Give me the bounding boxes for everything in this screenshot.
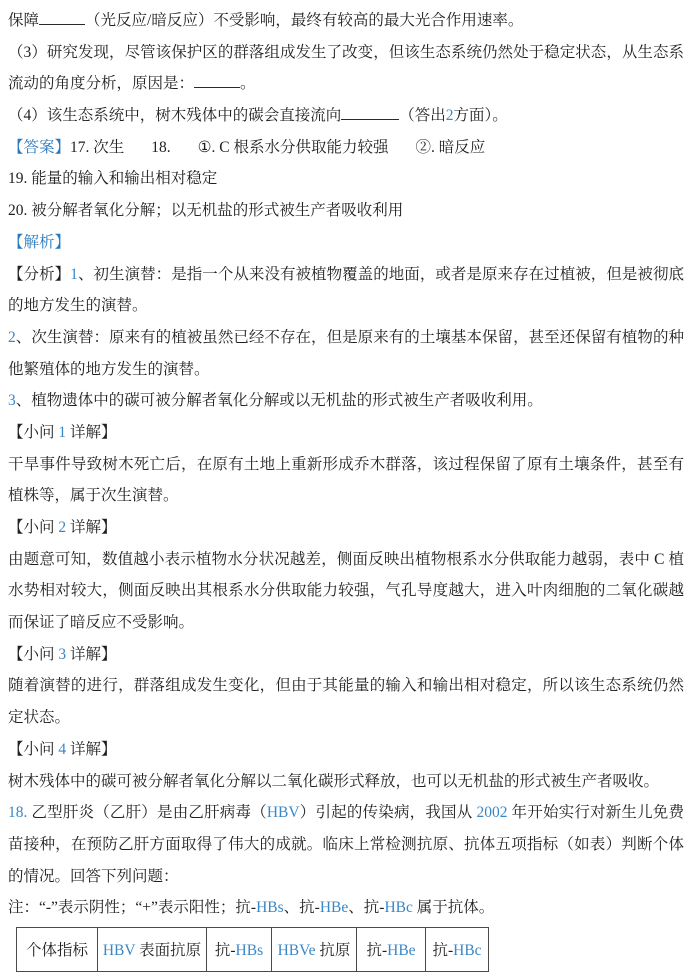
text-line: 而保证了暗反应不受影响。 bbox=[8, 607, 684, 639]
accent-text: 3 bbox=[55, 646, 71, 663]
accent-text: 2 bbox=[8, 329, 16, 346]
text-line: 水势相对较大，侧面反映出其根系水分供取能力较强，气孔导度越大，进入叶肉细胞的二氧… bbox=[8, 575, 684, 607]
text-line: 20. 被分解者氧化分解；以无机盐的形式被生产者吸收利用 bbox=[8, 195, 684, 227]
text-line: 的地方发生的演替。 bbox=[8, 290, 684, 322]
accent-text: HBs bbox=[256, 899, 284, 916]
text-line: 2、次生演替：原来有的植被虽然已经不存在，但是原来有的土壤基本保留，甚至还保留有… bbox=[8, 322, 684, 354]
text-segment: 流动的角度分析，原因是： bbox=[8, 75, 194, 92]
text-line: 他繁殖体的地方发生的演替。 bbox=[8, 354, 684, 386]
text-segment: 【小问 bbox=[8, 424, 55, 441]
text-line: 定状态。 bbox=[8, 702, 684, 734]
text-segment: 表面抗原 bbox=[135, 942, 201, 959]
text-segment: 个体指标 bbox=[26, 942, 88, 959]
text-segment: 水势相对较大，侧面反映出其根系水分供取能力较强，气孔导度越大，进入叶肉细胞的二氧… bbox=[8, 582, 684, 607]
text-segment: 的情况。回答下列问题： bbox=[8, 868, 179, 885]
text-segment: 详解】 bbox=[70, 741, 117, 758]
accent-text: 1 bbox=[55, 424, 71, 441]
answer-label: 【解析】 bbox=[8, 234, 70, 251]
answer-label: 【答案】 bbox=[8, 139, 70, 156]
text-segment: 干旱事件导致树木死亡后，在原有土地上重新形成乔木群落，该过程保留了原有土壤条件，… bbox=[8, 456, 684, 481]
text-line: 随着演替的进行，群落组成发生变化，但由于其能量的输入和输出相对稳定，所以该生态系… bbox=[8, 670, 684, 702]
table-header-cell: 抗-HBs bbox=[207, 927, 272, 971]
text-line: 的情况。回答下列问题： bbox=[8, 861, 684, 893]
text-segment: 、初生演替：是指一个从来没有被植物覆盖的地面，或者是原来存在过植被，但是被彻底消… bbox=[8, 266, 684, 291]
text-line: 18. 乙型肝炎（乙肝）是由乙肝病毒（HBV）引起的传染病，我国从 2002 年… bbox=[8, 797, 684, 829]
text-line: 【答案】17. 次生18.①. C 根系水分供取能力较强②. 暗反应 bbox=[8, 132, 684, 164]
text-segment: 、抗- bbox=[284, 899, 320, 916]
text-segment: 抗原 bbox=[316, 942, 351, 959]
blank-underline bbox=[39, 11, 85, 25]
blank-underline bbox=[194, 74, 240, 88]
text-line: 流动的角度分析，原因是：。 bbox=[8, 68, 684, 100]
text-line: 由题意可知，数值越小表示植物水分状况越差，侧面反映出植物根系水分供取能力越弱，表… bbox=[8, 544, 684, 576]
text-segment: ①. C 根系水分供取能力较强 bbox=[198, 139, 389, 156]
text-segment: 【小问 bbox=[8, 741, 55, 758]
blank-underline bbox=[341, 106, 399, 120]
text-line: （3）研究发现，尽管该保护区的群落组成发生了改变，但该生态系统仍然处于稳定状态，… bbox=[8, 37, 684, 69]
text-line: 【小问 3 详解】 bbox=[8, 639, 684, 671]
text-segment: 详解】 bbox=[70, 646, 117, 663]
text-line: 19. 能量的输入和输出相对稳定 bbox=[8, 163, 684, 195]
table-header-cell: 抗-HBc bbox=[426, 927, 489, 971]
text-segment: 保障 bbox=[8, 12, 39, 29]
exam-answer-document: 保障（光反应/暗反应）不受影响，最终有较高的最大光合作用速率。（3）研究发现，尽… bbox=[0, 0, 692, 972]
table-header-cell: 个体指标 bbox=[17, 927, 98, 971]
text-segment: 他繁殖体的地方发生的演替。 bbox=[8, 361, 210, 378]
text-line: 植株等，属于次生演替。 bbox=[8, 480, 684, 512]
accent-text: 2 bbox=[55, 519, 71, 536]
accent-text: HBc bbox=[384, 899, 412, 916]
text-segment: ②. 暗反应 bbox=[416, 139, 486, 156]
text-segment: 随着演替的进行，群落组成发生变化，但由于其能量的输入和输出相对稳定，所以该生态系… bbox=[8, 677, 684, 702]
text-line: 【解析】 bbox=[8, 227, 684, 259]
text-segment: 定状态。 bbox=[8, 709, 70, 726]
text-line: 注：“-”表示阴性；“+”表示阳性；抗-HBs、抗-HBe、抗-HBc 属于抗体… bbox=[8, 892, 684, 924]
table-header-cell: 抗-HBe bbox=[357, 927, 426, 971]
table-header-row: 个体指标HBV 表面抗原抗-HBsHBVe 抗原抗-HBe抗-HBc bbox=[17, 927, 489, 971]
text-line: 保障（光反应/暗反应）不受影响，最终有较高的最大光合作用速率。 bbox=[8, 5, 684, 37]
text-segment: 注：“-”表示阴性；“+”表示阳性；抗- bbox=[8, 899, 256, 916]
accent-text: 1 bbox=[70, 266, 78, 283]
text-segment: （4）该生态系统中，树木残体中的碳会直接流向 bbox=[8, 107, 341, 124]
text-segment: 抗- bbox=[215, 942, 236, 959]
text-line: 【小问 2 详解】 bbox=[8, 512, 684, 544]
text-segment: 树木残体中的碳可被分解者氧化分解以二氧化碳形式释放，也可以无机盐的形式被生产者吸… bbox=[8, 773, 659, 790]
text-segment: 【分析】 bbox=[8, 266, 70, 283]
document-body: 保障（光反应/暗反应）不受影响，最终有较高的最大光合作用速率。（3）研究发现，尽… bbox=[8, 5, 684, 924]
accent-text: HBV bbox=[267, 804, 300, 821]
text-segment: 、次生演替：原来有的植被虽然已经不存在，但是原来有的土壤基本保留，甚至还保留有植… bbox=[8, 329, 684, 354]
accent-text: 2 bbox=[446, 107, 454, 124]
text-segment: 乙型肝炎（乙肝）是由乙肝病毒（ bbox=[31, 804, 266, 821]
text-segment: 【小问 bbox=[8, 646, 55, 663]
text-segment: HBe bbox=[387, 942, 415, 959]
text-segment: （光反应/暗反应）不受影响，最终有较高的最大光合作用速率。 bbox=[85, 12, 523, 29]
text-segment: 19. 能量的输入和输出相对稳定 bbox=[8, 170, 217, 187]
text-segment: 、植物遗体中的碳可被分解者氧化分解或以无机盐的形式被生产者吸收利用。 bbox=[16, 392, 543, 409]
text-segment: 属于抗体。 bbox=[413, 899, 494, 916]
text-segment: 抗- bbox=[366, 942, 387, 959]
text-segment: 【小问 bbox=[8, 519, 55, 536]
accent-text: 4 bbox=[55, 741, 71, 758]
accent-text: 3 bbox=[8, 392, 16, 409]
text-segment: 由题意可知，数值越小表示植物水分状况越差，侧面反映出植物根系水分供取能力越弱，表… bbox=[8, 551, 684, 576]
accent-text: 18. bbox=[8, 804, 31, 821]
text-segment: 。 bbox=[240, 75, 256, 92]
text-line: 苗接种，在预防乙肝方面取得了伟大的成就。临床上常检测抗原、抗体五项指标（如表）判… bbox=[8, 829, 684, 861]
text-segment: 17. 次生 bbox=[70, 139, 124, 156]
text-segment: HBV bbox=[103, 942, 135, 959]
text-segment: 详解】 bbox=[70, 519, 117, 536]
hbv-indicator-table: 个体指标HBV 表面抗原抗-HBsHBVe 抗原抗-HBe抗-HBc bbox=[16, 927, 489, 972]
text-line: （4）该生态系统中，树木残体中的碳会直接流向（答出2方面）。 bbox=[8, 100, 684, 132]
text-segment: 而保证了暗反应不受影响。 bbox=[8, 614, 194, 631]
text-segment: （答出 bbox=[399, 107, 446, 124]
text-segment: 的地方发生的演替。 bbox=[8, 297, 148, 314]
table-header-cell: HBV 表面抗原 bbox=[98, 927, 207, 971]
text-segment: 20. 被分解者氧化分解；以无机盐的形式被生产者吸收利用 bbox=[8, 202, 403, 219]
text-segment: HBs bbox=[236, 942, 264, 959]
table-header-cell: HBVe 抗原 bbox=[272, 927, 357, 971]
text-segment: 方面）。 bbox=[454, 107, 508, 124]
text-segment: 详解】 bbox=[70, 424, 117, 441]
accent-text: 2002 bbox=[476, 804, 507, 821]
text-line: 【小问 4 详解】 bbox=[8, 734, 684, 766]
text-segment: 抗- bbox=[432, 942, 453, 959]
accent-text: HBe bbox=[320, 899, 348, 916]
text-segment: 苗接种，在预防乙肝方面取得了伟大的成就。临床上常检测抗原、抗体五项指标（如表）判… bbox=[8, 836, 684, 861]
text-line: 【分析】1、初生演替：是指一个从来没有被植物覆盖的地面，或者是原来存在过植被，但… bbox=[8, 259, 684, 291]
text-segment: 、抗- bbox=[348, 899, 384, 916]
text-segment: 植株等，属于次生演替。 bbox=[8, 487, 179, 504]
text-segment: HBVe bbox=[278, 942, 316, 959]
text-segment: HBc bbox=[453, 942, 481, 959]
text-line: 【小问 1 详解】 bbox=[8, 417, 684, 449]
text-line: 3、植物遗体中的碳可被分解者氧化分解或以无机盐的形式被生产者吸收利用。 bbox=[8, 385, 684, 417]
text-segment: 18. bbox=[151, 139, 170, 156]
text-line: 干旱事件导致树木死亡后，在原有土地上重新形成乔木群落，该过程保留了原有土壤条件，… bbox=[8, 449, 684, 481]
text-line: 树木残体中的碳可被分解者氧化分解以二氧化碳形式释放，也可以无机盐的形式被生产者吸… bbox=[8, 766, 684, 798]
text-segment: ）引起的传染病，我国从 bbox=[300, 804, 477, 821]
text-segment: （3）研究发现，尽管该保护区的群落组成发生了改变，但该生态系统仍然处于稳定状态，… bbox=[8, 44, 684, 69]
